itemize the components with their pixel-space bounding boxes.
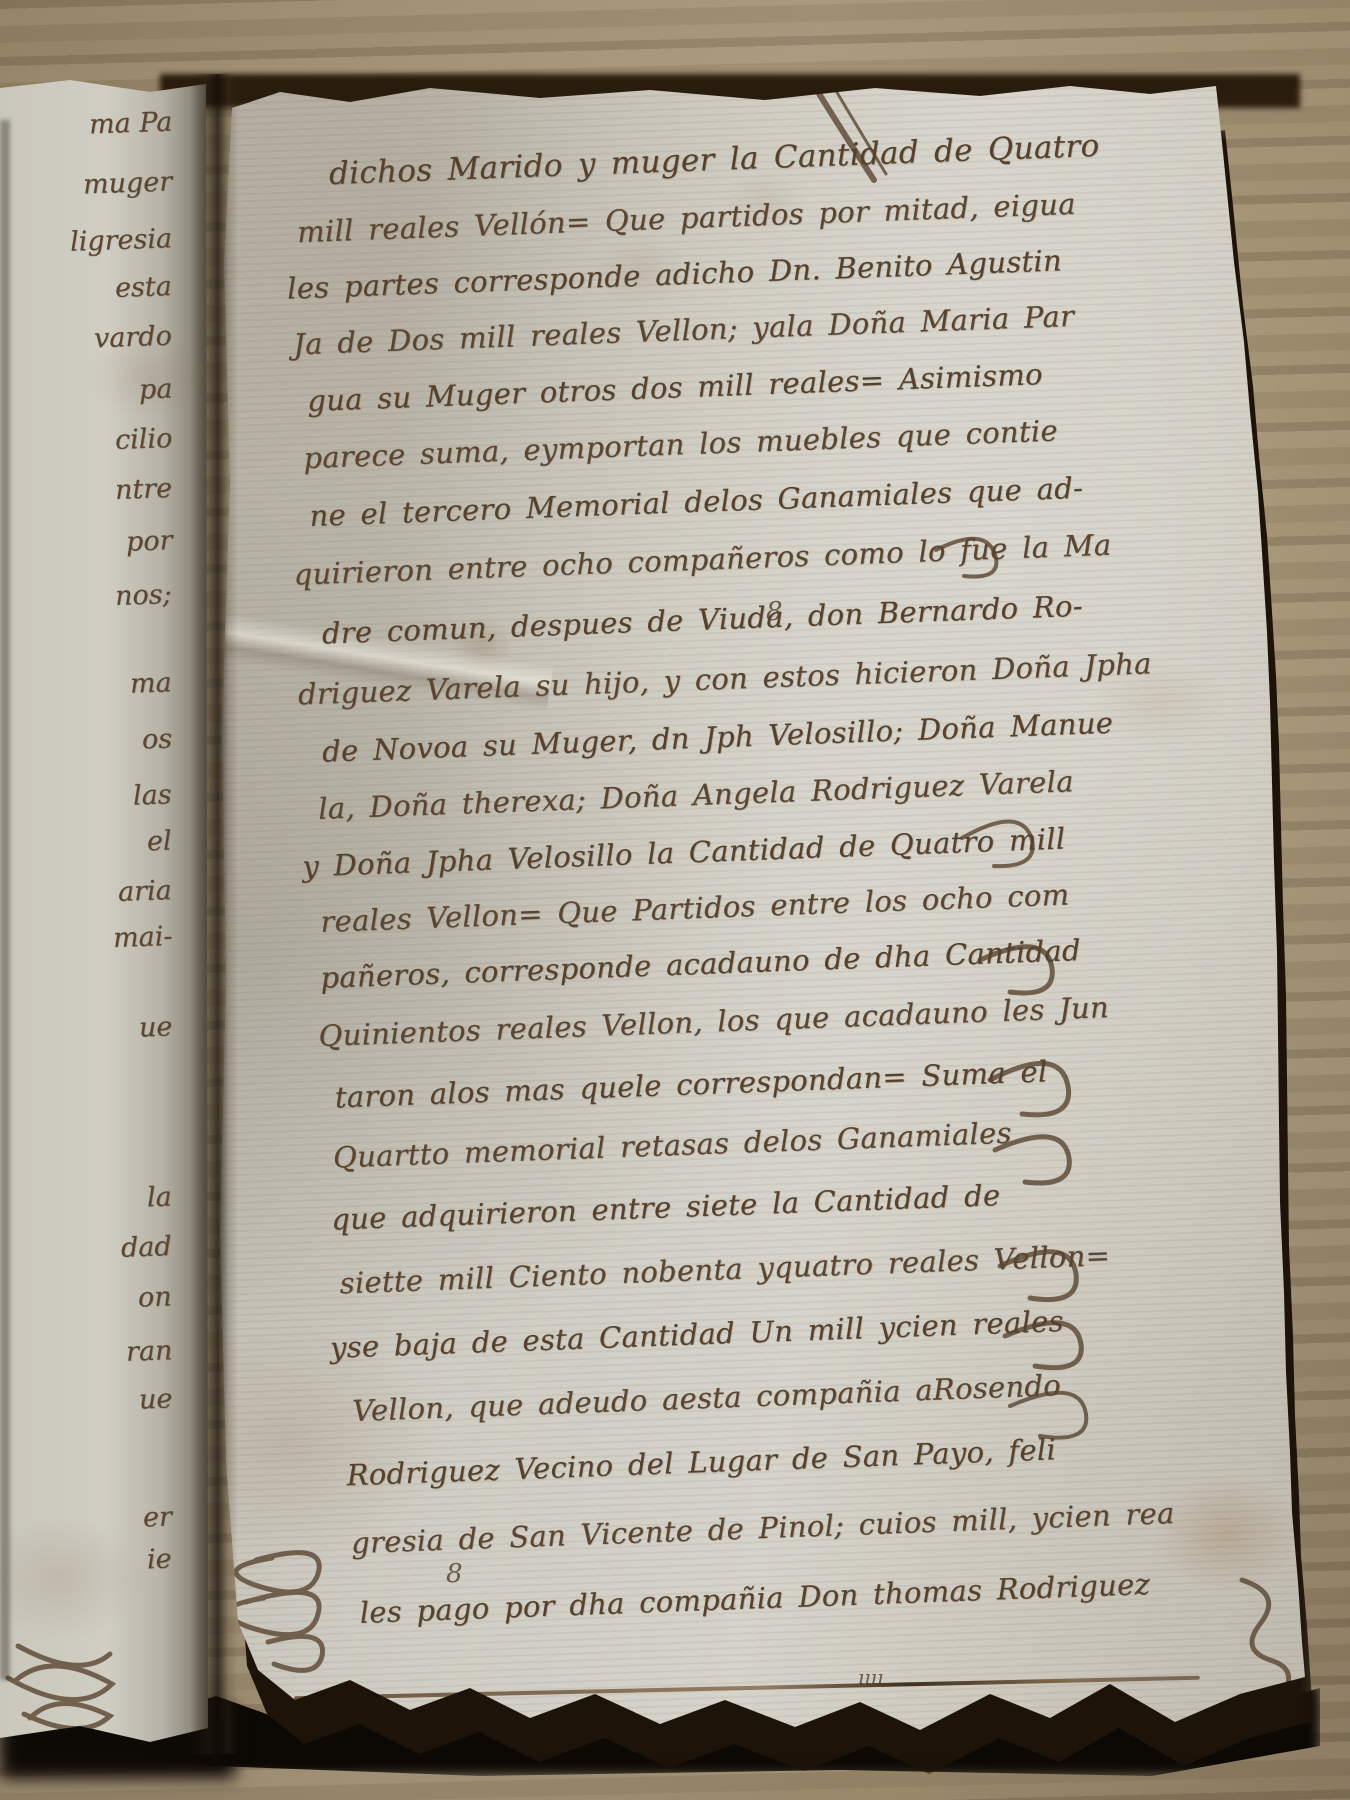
manuscript-page: 8 8 ıııı dichos Marido y muger la Cantid… [220, 82, 1308, 1730]
manuscript-line: de Novoa su Muger, dn Jph Velosillo; Doñ… [298, 706, 1114, 770]
manuscript-line: gresia de San Vicente de Pinol; cuios mi… [327, 1496, 1176, 1561]
manuscript-text-block: dichos Marido y muger la Cantidad de Qua… [276, 112, 1311, 1667]
left-page-sliver: ma Pa muger ligresia esta vardo pa cilio… [0, 78, 208, 1746]
manuscript-line: Quinientos reales Vellon, los que acadau… [308, 990, 1110, 1053]
manuscript-line: mill reales Vellón= Que partidos por mit… [278, 187, 1076, 250]
manuscript-line: gua su Muger otros dos mill reales= Asim… [285, 357, 1044, 419]
manuscript-line: les partes corresponde adicho Dn. Benito… [281, 243, 1063, 306]
manuscript-line: parece suma, eymportan los muebles que c… [287, 414, 1059, 476]
manuscript-line: Vellon, que adeudo aesta compañia aRosen… [322, 1368, 1062, 1429]
manuscript-line: taron alos mas quele correspondan= Suma … [310, 1054, 1048, 1115]
photo-scene: ma Pa muger ligresia esta vardo pa cilio… [0, 0, 1350, 1800]
manuscript-line: y Doña Jpha Velosillo la Cantidad de Qua… [302, 822, 1066, 884]
manuscript-line: que adquirieron entre siete la Cantidad … [315, 1178, 1001, 1237]
manuscript-line: dre comun, despues de Viuda, don Bernard… [293, 589, 1083, 652]
manuscript-line: la, Doña therexa; Doña Angela Rodriguez … [300, 764, 1075, 826]
manuscript-line: quirieron entre ocho compañeros como lo … [291, 528, 1112, 592]
manuscript-line: reales Vellon= Que Partidos entre los oc… [304, 877, 1070, 939]
book-edge-shadow [0, 120, 10, 1680]
manuscript-line: driguez Varela su hijo, y con estos hici… [295, 646, 1152, 711]
manuscript-line: Rodriguez Vecino del Lugar de San Payo, … [324, 1432, 1056, 1493]
manuscript-line: Quartto memorial retasas delos Ganamiale… [312, 1116, 1012, 1176]
manuscript-line: siette mill Ciento nobenta yquatro reale… [317, 1238, 1111, 1301]
manuscript-line: les pago por dha compañia Don thomas Rod… [329, 1567, 1150, 1631]
manuscript-line: Ja de Dos mill reales Vellon; yala Doña … [283, 299, 1075, 362]
manuscript-line: yse baja de esta Cantidad Un mill ycien … [319, 1304, 1064, 1365]
manuscript-line: dichos Marido y muger la Cantidad de Qua… [276, 128, 1100, 194]
manuscript-line: pañeros, corresponde acadauno de dha Can… [306, 933, 1082, 995]
left-page-ink-scribble [0, 78, 208, 1746]
closing-rule-line [294, 1676, 1200, 1701]
manuscript-line: ne el tercero Memorial delos Ganamiales … [289, 471, 1084, 534]
